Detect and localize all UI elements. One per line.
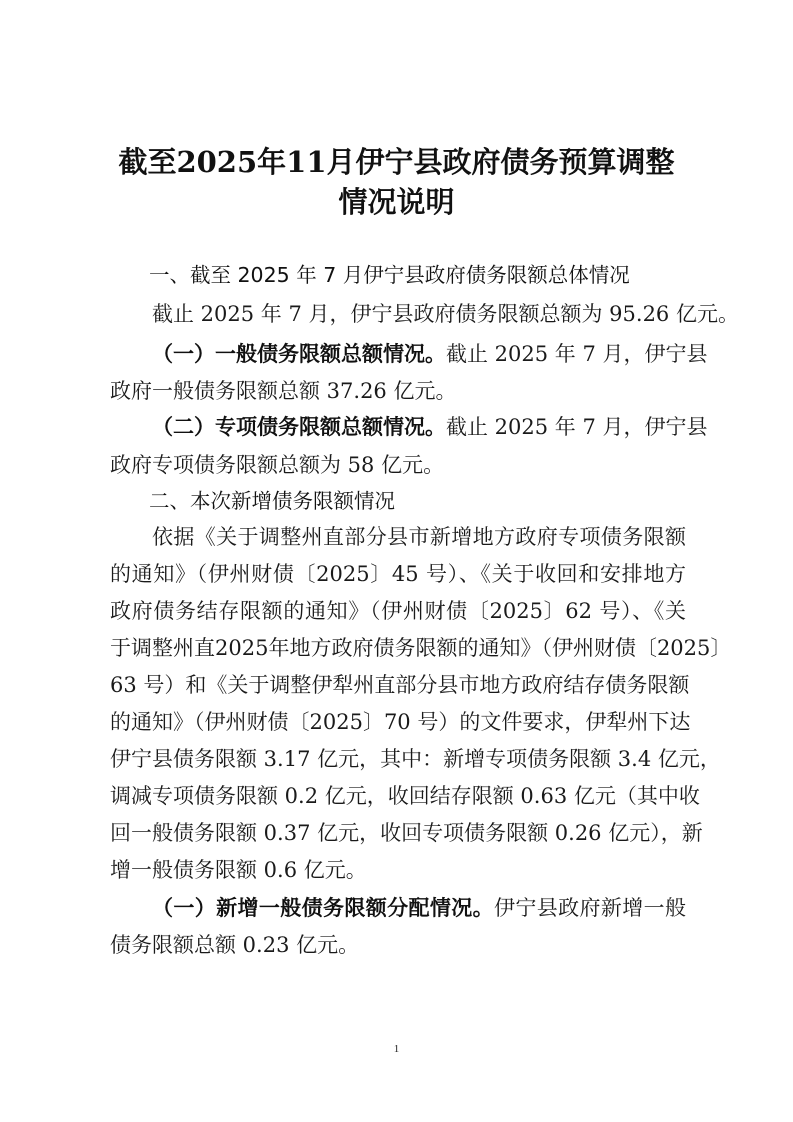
sub-heading-special-debt: （二）专项债务限额总额情况。 (152, 415, 446, 439)
section-2-heading: 二、本次新增债务限额情况 (149, 488, 683, 514)
section-2-paragraph-line: 伊宁县债务限额 3.17 亿元，其中：新增专项债务限额 3.4 亿元， (110, 746, 686, 772)
section-1-paragraph: 截止 2025 年 7 月，伊宁县政府债务限额总额为 95.26 亿元。 (152, 301, 686, 327)
sub-text: 截止 2025 年 7 月，伊宁县 (446, 342, 708, 366)
section-1-sub-1-line-1: （一）一般债务限额总额情况。截止 2025 年 7 月，伊宁县 (152, 341, 686, 367)
sub-heading-general-debt: （一）一般债务限额总额情况。 (152, 342, 446, 366)
sub-text: 截止 2025 年 7 月，伊宁县 (446, 415, 708, 439)
section-2-paragraph-line: 回一般债务限额 0.37 亿元，收回专项债务限额 0.26 亿元），新 (110, 820, 686, 846)
section-1-sub-2-line-2: 政府专项债务限额总额为 58 亿元。 (110, 452, 686, 478)
section-2-sub-1-line-1: （一）新增一般债务限额分配情况。伊宁县政府新增一般 (152, 895, 686, 921)
document-title-line-1: 截至2025年11月伊宁县政府债务预算调整 (0, 140, 793, 181)
section-1-heading: 一、截至 2025 年 7 月伊宁县政府债务限额总体情况 (149, 262, 683, 288)
section-2-paragraph-line: 政府债务结存限额的通知》（伊州财债〔2025〕62 号）、《关 (110, 598, 686, 624)
section-1-sub-2-line-1: （二）专项债务限额总额情况。截止 2025 年 7 月，伊宁县 (152, 414, 686, 440)
section-2-paragraph-line: 于调整州直2025年地方政府债务限额的通知》（伊州财债〔2025〕 (110, 635, 686, 661)
section-2-paragraph-line: 依据《关于调整州直部分县市新增地方政府专项债务限额 (152, 524, 686, 550)
page-number: 1 (0, 1043, 793, 1055)
section-2-paragraph-line: 的通知》（伊州财债〔2025〕70 号）的文件要求，伊犁州下达 (110, 709, 686, 735)
section-2-paragraph-line: 的通知》（伊州财债〔2025〕45 号）、《关于收回和安排地方 (110, 561, 686, 587)
section-2-paragraph-line: 调减专项债务限额 0.2 亿元，收回结存限额 0.63 亿元（其中收 (110, 783, 686, 809)
section-1-sub-1-line-2: 政府一般债务限额总额 37.26 亿元。 (110, 378, 686, 404)
sub-text: 伊宁县政府新增一般 (494, 896, 686, 920)
sub-heading-new-general-debt: （一）新增一般债务限额分配情况。 (152, 896, 494, 920)
section-2-paragraph-line: 63 号）和《关于调整伊犁州直部分县市地方政府结存债务限额 (110, 672, 686, 698)
document-page: 截至2025年11月伊宁县政府债务预算调整 情况说明 一、截至 2025 年 7… (0, 0, 793, 1122)
section-2-paragraph-line: 增一般债务限额 0.6 亿元。 (110, 857, 686, 883)
section-2-sub-1-line-2: 债务限额总额 0.23 亿元。 (110, 932, 686, 958)
document-title-line-2: 情况说明 (0, 180, 793, 221)
